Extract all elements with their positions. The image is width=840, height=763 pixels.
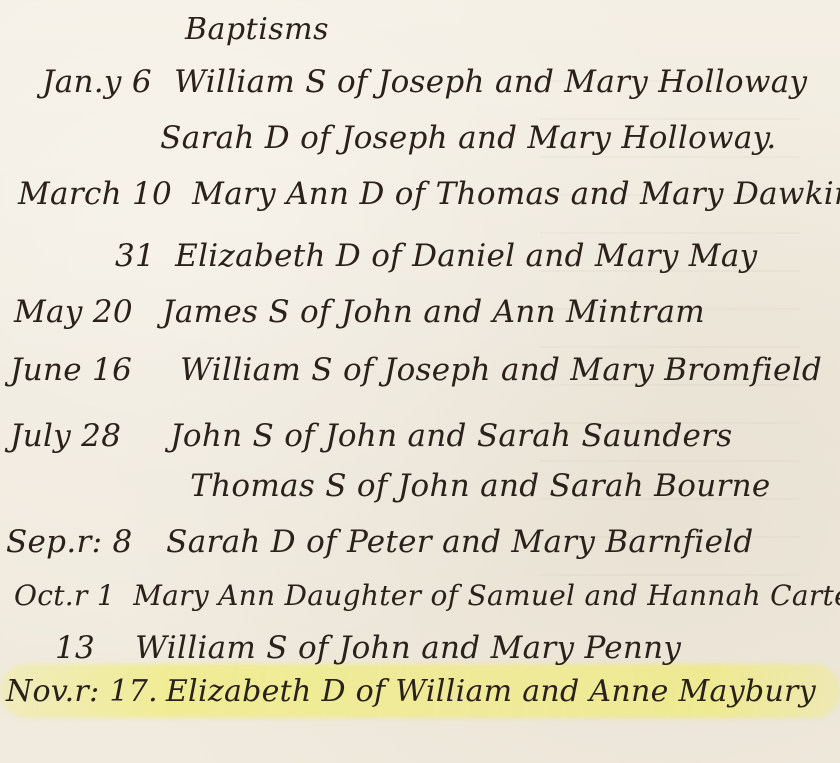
entry-row: March 10 Mary Ann D of Thomas and Mary D… <box>18 174 840 214</box>
entry-text: William S of Joseph and Mary Bromfield <box>180 350 822 390</box>
entry-text: Elizabeth D of William and Anne Maybury <box>166 672 816 712</box>
entry-row: Jan.y 6 William S of Joseph and Mary Hol… <box>42 62 807 102</box>
entry-text: Elizabeth D of Daniel and Mary May <box>175 236 757 276</box>
highlighted-entry-row: Nov.r: 17. Elizabeth D of William and An… <box>6 672 816 712</box>
entry-row: Sep.r: 8 Sarah D of Peter and Mary Barnf… <box>6 522 754 562</box>
entry-date: Sep.r: 8 <box>6 522 156 562</box>
entry-date: Oct.r 1 <box>14 576 124 616</box>
entry-row: July 28 John S of John and Sarah Saunder… <box>10 416 732 456</box>
entry-text: Mary Ann D of Thomas and Mary Dawkins <box>192 174 840 214</box>
entry-date: Jan.y 6 <box>42 62 164 102</box>
entry-date: June 16 <box>10 350 170 390</box>
entry-row: June 16 William S of Joseph and Mary Bro… <box>10 350 822 390</box>
entry-text: William S of John and Mary Penny <box>135 628 681 668</box>
entry-date: May 20 <box>14 292 152 332</box>
entry-text: Mary Ann Daughter of Samuel and Hannah C… <box>133 576 840 616</box>
entry-row: May 20 James S of John and Ann Mintram <box>14 292 705 332</box>
entry-date: July 28 <box>10 416 160 456</box>
entry-text: William S of Joseph and Mary Holloway <box>174 62 807 102</box>
entry-date: 13 <box>55 628 125 668</box>
entry-text: John S of John and Sarah Saunders <box>170 416 732 456</box>
entry-text: Sarah D of Peter and Mary Barnfield <box>166 522 753 562</box>
entry-row: Oct.r 1 Mary Ann Daughter of Samuel and … <box>14 576 840 616</box>
entry-row: 31 Elizabeth D of Daniel and Mary May <box>115 236 757 276</box>
entry-text: Sarah D of Joseph and Mary Holloway. <box>160 118 776 158</box>
entry-row: Thomas S of John and Sarah Bourne <box>180 466 770 506</box>
entry-date: March 10 <box>18 174 182 214</box>
entry-row: 13 William S of John and Mary Penny <box>55 628 681 668</box>
entry-date: Nov.r: 17. <box>6 672 156 712</box>
register-page: Baptisms Jan.y 6 William S of Joseph and… <box>0 0 840 763</box>
entry-row: Sarah D of Joseph and Mary Holloway. <box>150 118 777 158</box>
page-title: Baptisms <box>185 12 329 47</box>
entry-date: 31 <box>115 236 165 276</box>
entry-text: James S of John and Ann Mintram <box>162 292 705 332</box>
entry-text: Thomas S of John and Sarah Bourne <box>190 466 770 506</box>
